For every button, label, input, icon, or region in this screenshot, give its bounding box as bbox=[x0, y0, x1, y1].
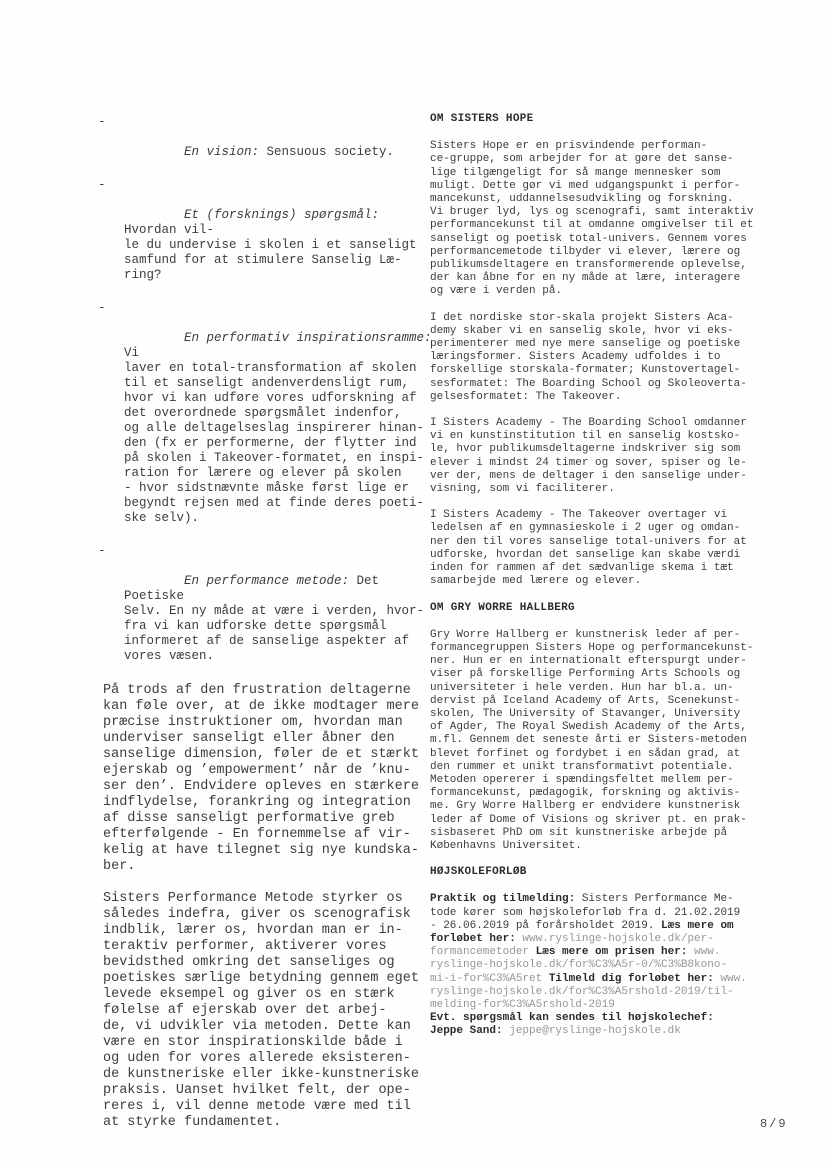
bullet-dash-icon: - bbox=[98, 178, 106, 193]
bullet-text: Vi laver en total-transformation af skol… bbox=[124, 331, 439, 525]
paragraph: Praktik og tilmelding: Sisters Performan… bbox=[430, 893, 770, 1038]
bullet-text: Sensuous society. bbox=[259, 145, 394, 159]
list-item: - En performativ inspirationsramme: Vi l… bbox=[98, 301, 436, 541]
paragraph: I Sisters Academy - The Takeover overtag… bbox=[430, 509, 770, 588]
section-heading: OM GRY WORRE HALLBERG bbox=[430, 602, 770, 615]
right-column: OM SISTERS HOPE Sisters Hope er en prisv… bbox=[430, 113, 770, 1052]
page-number: 8/9 bbox=[760, 1117, 788, 1131]
bullet-term: En vision: bbox=[184, 145, 259, 159]
section-hojskoleforlob: HØJSKOLEFORLØB Praktik og tilmelding: Si… bbox=[430, 866, 770, 1038]
section-heading: OM SISTERS HOPE bbox=[430, 113, 770, 126]
label-jeppe-sand: Jeppe Sand: bbox=[430, 1025, 503, 1037]
label-tilmeld: Tilmeld dig forløbet her: bbox=[549, 973, 714, 985]
label-evt-sporgsmal: Evt. spørgsmål kan sendes til højskolech… bbox=[430, 1012, 714, 1024]
bullet-term: Et (forsknings) spørgsmål: bbox=[184, 208, 379, 222]
paragraph: I Sisters Academy - The Boarding School … bbox=[430, 417, 770, 496]
section-om-sisters-hope: OM SISTERS HOPE Sisters Hope er en prisv… bbox=[430, 113, 770, 589]
paragraph: Sisters Hope er en prisvindende performa… bbox=[430, 140, 770, 298]
list-item: - Et (forsknings) spørgsmål: Hvordan vil… bbox=[98, 178, 436, 298]
list-item: - En vision: Sensuous society. bbox=[98, 115, 436, 175]
document-page: - En vision: Sensuous society. - Et (for… bbox=[0, 0, 828, 1169]
label-praktik-og-tilmelding: Praktik og tilmelding: bbox=[430, 893, 575, 905]
section-om-gry-worre-hallberg: OM GRY WORRE HALLBERG Gry Worre Hallberg… bbox=[430, 602, 770, 854]
paragraph: Sisters Performance Metode styrker os så… bbox=[103, 891, 436, 1131]
paragraph: På trods af den frustration deltagerne k… bbox=[103, 683, 436, 875]
bullet-term: En performativ inspirationsramme: bbox=[184, 331, 432, 345]
section-heading: HØJSKOLEFORLØB bbox=[430, 866, 770, 879]
bullet-dash-icon: - bbox=[98, 115, 106, 130]
bullet-list: - En vision: Sensuous society. - Et (for… bbox=[98, 115, 436, 679]
bullet-term: En performance metode: bbox=[184, 574, 349, 588]
paragraph: Gry Worre Hallberg er kunstnerisk leder … bbox=[430, 629, 770, 853]
list-item: - En performance metode: Det Poetiske Se… bbox=[98, 544, 436, 679]
left-column: - En vision: Sensuous society. - Et (for… bbox=[98, 115, 436, 1131]
paragraph: I det nordiske stor-skala projekt Sister… bbox=[430, 312, 770, 404]
link-email-jeppe[interactable]: jeppe@ryslinge-hojskole.dk bbox=[503, 1025, 681, 1037]
bullet-dash-icon: - bbox=[98, 301, 106, 316]
label-laes-mere-pris: Læs mere om prisen her: bbox=[536, 946, 688, 958]
bullet-dash-icon: - bbox=[98, 544, 106, 559]
